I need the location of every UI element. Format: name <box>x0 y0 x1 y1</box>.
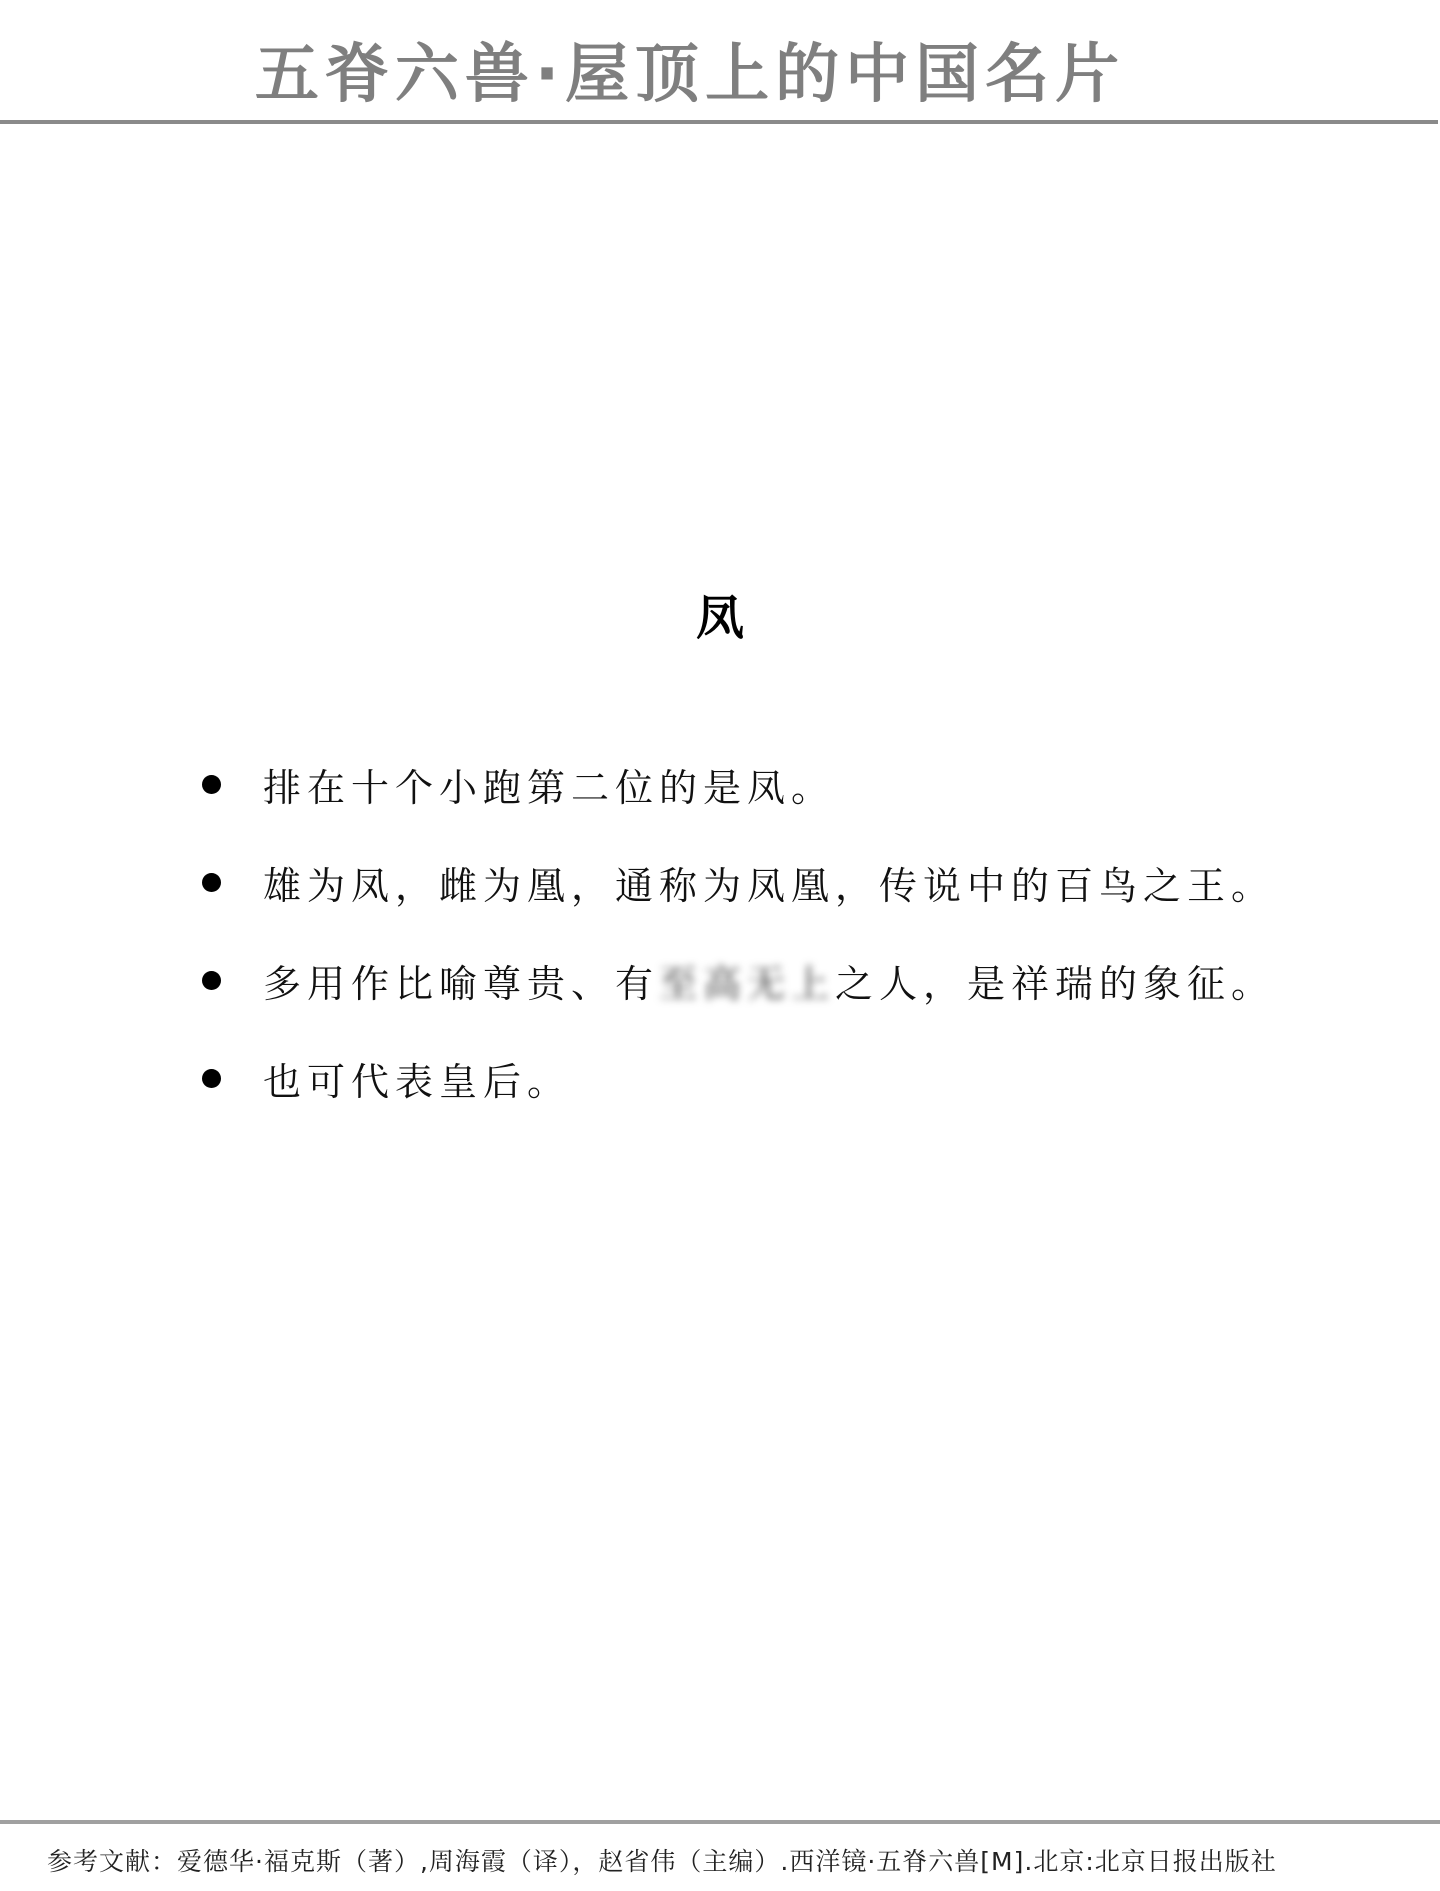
list-item: 也可代表皇后。 <box>196 1029 1275 1127</box>
list-item-text: 多用作比喻尊贵、有至高无上之人，是祥瑞的象征。 <box>263 953 1275 1008</box>
bullet-icon <box>202 873 221 892</box>
list-item: 雄为凤，雌为凰，通称为凤凰，传说中的百鸟之王。 <box>196 833 1275 931</box>
list-item-text-after: 之人，是祥瑞的象征。 <box>835 962 1275 1006</box>
list-item-text: 也可代表皇后。 <box>263 1051 571 1106</box>
page-header-title: 五脊六兽·屋顶上的中国名片 <box>0 30 1380 120</box>
section-title: 凤 <box>0 588 1440 648</box>
bullet-icon <box>202 971 221 990</box>
list-item: 多用作比喻尊贵、有至高无上之人，是祥瑞的象征。 <box>196 931 1275 1029</box>
footer-divider <box>0 1820 1440 1824</box>
reference-citation: 参考文献：爱德华·福克斯（著）,周海霞（译），赵省伟（主编）.西洋镜·五脊六兽[… <box>47 1846 1277 1878</box>
header-divider <box>0 120 1438 124</box>
bullet-icon <box>202 1069 221 1088</box>
list-item-text-before: 多用作比喻尊贵、有 <box>263 962 659 1006</box>
bullet-list: 排在十个小跑第二位的是凤。 雄为凤，雌为凰，通称为凤凰，传说中的百鸟之王。 多用… <box>196 735 1275 1127</box>
list-item: 排在十个小跑第二位的是凤。 <box>196 735 1275 833</box>
list-item-text: 排在十个小跑第二位的是凤。 <box>263 757 835 812</box>
blurred-text: 至高无上 <box>659 953 835 1008</box>
bullet-icon <box>202 775 221 794</box>
list-item-text: 雄为凤，雌为凰，通称为凤凰，传说中的百鸟之王。 <box>263 855 1275 910</box>
